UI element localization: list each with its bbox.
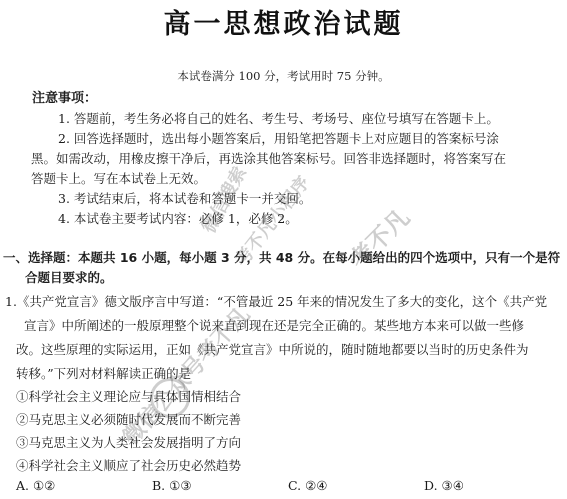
note-line-3: 3. 考试结束后，将本试卷和答题卡一并交回。 (58, 191, 311, 207)
question-1-stem-line-2: 宣言》中所阐述的一般原理整个说来直到现在还是完全正确的。某些地方本来可以做一些修 (24, 318, 524, 334)
note-line-2-cont: 黑。如需改动，用橡皮擦干净后，再选涂其他答案标号。回答非选择题时，将答案写在 (31, 151, 506, 167)
statement-1: ①科学社会主义理论应与具体国情相结合 (16, 389, 241, 405)
option-d[interactable]: D. ③④ (424, 478, 464, 493)
exam-page: 高一思想政治试题 本试卷满分 100 分，考试用时 75 分钟。 注意事项： 1… (0, 0, 567, 499)
note-line-2-cont2: 答题卡上。写在本试卷上无效。 (31, 171, 206, 187)
exam-title: 高一思想政治试题 (0, 2, 567, 41)
statement-2: ②马克思主义必须随时代发展而不断完善 (16, 412, 241, 428)
option-c[interactable]: C. ②④ (288, 478, 327, 493)
answer-options: A. ①② B. ①③ C. ②④ D. ③④ (0, 478, 567, 496)
note-line-2: 2. 回答选择题时，选出每小题答案后，用铅笔把答题卡上对应题目的答案标号涂 (58, 131, 499, 147)
question-1-stem-line-1: 1.《共产党宣言》德文版序言中写道：“不管最近 25 年来的情况发生了多大的变化… (5, 294, 547, 310)
exam-subtitle: 本试卷满分 100 分，考试用时 75 分钟。 (0, 68, 567, 84)
note-line-1: 1. 答题前，考生务必将自己的姓名、考生号、考场号、座位号填写在答题卡上。 (58, 111, 499, 127)
question-1-stem-line-3: 改。这些原理的实际运用，正如《共产党宣言》中所说的，随时随地都要以当时的历史条件… (16, 342, 529, 358)
statement-4: ④科学社会主义顺应了社会历史必然趋势 (16, 458, 241, 474)
notes-heading: 注意事项： (32, 91, 97, 107)
section-heading: 一、选择题：本题共 16 小题，每小题 3 分，共 48 分。在每小题给出的四个… (3, 250, 560, 266)
statement-3: ③马克思主义为人类社会发展指明了方向 (16, 435, 241, 451)
option-b[interactable]: B. ①③ (152, 478, 192, 493)
note-line-4: 4. 本试卷主要考试内容：必修 1，必修 2。 (58, 211, 298, 227)
option-a[interactable]: A. ①② (16, 478, 55, 493)
section-heading-cont: 合题目要求的。 (25, 270, 113, 286)
question-1-stem-line-4: 转移。”下列对材料解读正确的是 (16, 366, 191, 382)
